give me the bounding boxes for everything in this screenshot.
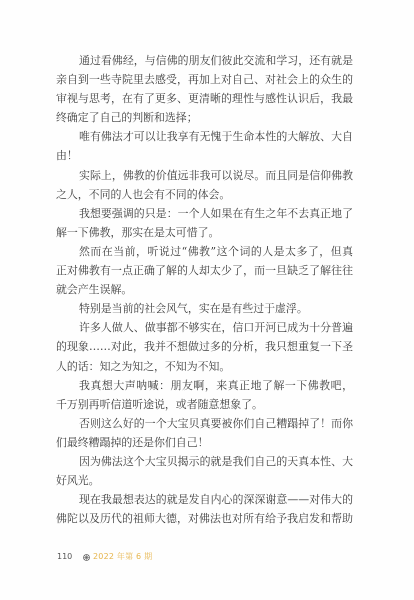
paragraph: 因为佛法这个大宝贝揭示的就是我们自己的天真本性、大 好风光。 (56, 452, 353, 490)
text-line: 的现象……对此，我并不想做过多的分析，我只想重复一下圣 (56, 337, 353, 356)
paragraph: 我想要强调的只是：一个人如果在有生之年不去真正地了 解一下佛教，那实在是太可惜了… (56, 204, 353, 242)
text-line: 审视与思考，在有了更多、更清晰的理性与感性认识后，我最 (56, 89, 353, 108)
text-line: 否则这么好的一个大宝贝真要被你们自己糟蹋掉了！而你 (56, 414, 353, 433)
paragraph: 许多人做人、做事都不够实在，信口开河已成为十分普遍 的现象……对此，我并不想做过… (56, 318, 353, 375)
paragraph: 然而在当前，听说过“佛教”这个词的人是太多了，但真 正对佛教有一点正确了解的人却… (56, 242, 353, 299)
paragraph: 特别是当前的社会风气，实在是有些过于虚浮。 (56, 299, 353, 318)
text-line: 就会产生误解。 (56, 280, 353, 299)
text-line: 然而在当前，听说过“佛教”这个词的人是太多了，但真 (56, 242, 353, 261)
text-line: 佛陀以及历代的祖师大德，对佛法也对所有给予我启发和帮助 (56, 509, 353, 528)
paragraph: 实际上，佛教的价值远非我可以说尽。而且同是信仰佛教 之人，不同的人也会有不同的体… (56, 166, 353, 204)
paragraph: 通过看佛经，与信佛的朋友们彼此交流和学习，还有就是 亲自到一些寺院里去感受，再加… (56, 51, 353, 127)
paragraph: 否则这么好的一个大宝贝真要被你们自己糟蹋掉了！而你 们最终糟蹋掉的还是你们自己！ (56, 414, 353, 452)
text-line: 因为佛法这个大宝贝揭示的就是我们自己的天真本性、大 (56, 452, 353, 471)
text-line: 正对佛教有一点正确了解的人却太少了，而一旦缺乏了解往往 (56, 261, 353, 280)
text-line: 人的话：知之为知之，不知为不知。 (56, 357, 353, 376)
text-line: 现在我最想表达的就是发自内心的深深谢意——对伟大的 (56, 490, 353, 509)
text-line: 我想要强调的只是：一个人如果在有生之年不去真正地了 (56, 204, 353, 223)
text-line: 之人，不同的人也会有不同的体会。 (56, 185, 353, 204)
text-line: 由！ (56, 146, 353, 165)
paragraph: 我真想大声呐喊：朋友啊，来真正地了解一下佛教吧， 千万别再听信道听途说，或者随意… (56, 376, 353, 414)
text-line: 许多人做人、做事都不够实在，信口开河已成为十分普遍 (56, 318, 353, 337)
text-line: 我真想大声呐喊：朋友啊，来真正地了解一下佛教吧， (56, 376, 353, 395)
text-line: 解一下佛教，那实在是太可惜了。 (56, 223, 353, 242)
magazine-page: 通过看佛经，与信佛的朋友们彼此交流和学习，还有就是 亲自到一些寺院里去感受，再加… (0, 0, 414, 600)
page-number: 110 (57, 552, 83, 562)
text-line: 特别是当前的社会风气，实在是有些过于虚浮。 (56, 299, 353, 318)
text-line: 唯有佛法才可以让我享有无愧于生命本性的大解放、大自 (56, 127, 353, 146)
text-line: 终确定了自己的判断和选择； (56, 108, 353, 127)
page-footer: 110 2022 年第 6 期 (57, 552, 152, 562)
text-line: 通过看佛经，与信佛的朋友们彼此交流和学习，还有就是 (56, 51, 353, 70)
text-line: 实际上，佛教的价值远非我可以说尽。而且同是信仰佛教 (56, 166, 353, 185)
dharma-wheel-icon (83, 554, 90, 561)
text-line: 们最终糟蹋掉的还是你们自己！ (56, 433, 353, 452)
text-line: 好风光。 (56, 471, 353, 490)
paragraph: 唯有佛法才可以让我享有无愧于生命本性的大解放、大自 由！ (56, 127, 353, 165)
text-line: 千万别再听信道听途说，或者随意想象了。 (56, 395, 353, 414)
paragraph: 现在我最想表达的就是发自内心的深深谢意——对伟大的 佛陀以及历代的祖师大德，对佛… (56, 490, 353, 528)
text-line: 亲自到一些寺院里去感受，再加上对自己、对社会上的众生的 (56, 70, 353, 89)
issue-label: 2022 年第 6 期 (93, 552, 152, 562)
article-body: 通过看佛经，与信佛的朋友们彼此交流和学习，还有就是 亲自到一些寺院里去感受，再加… (56, 51, 353, 528)
